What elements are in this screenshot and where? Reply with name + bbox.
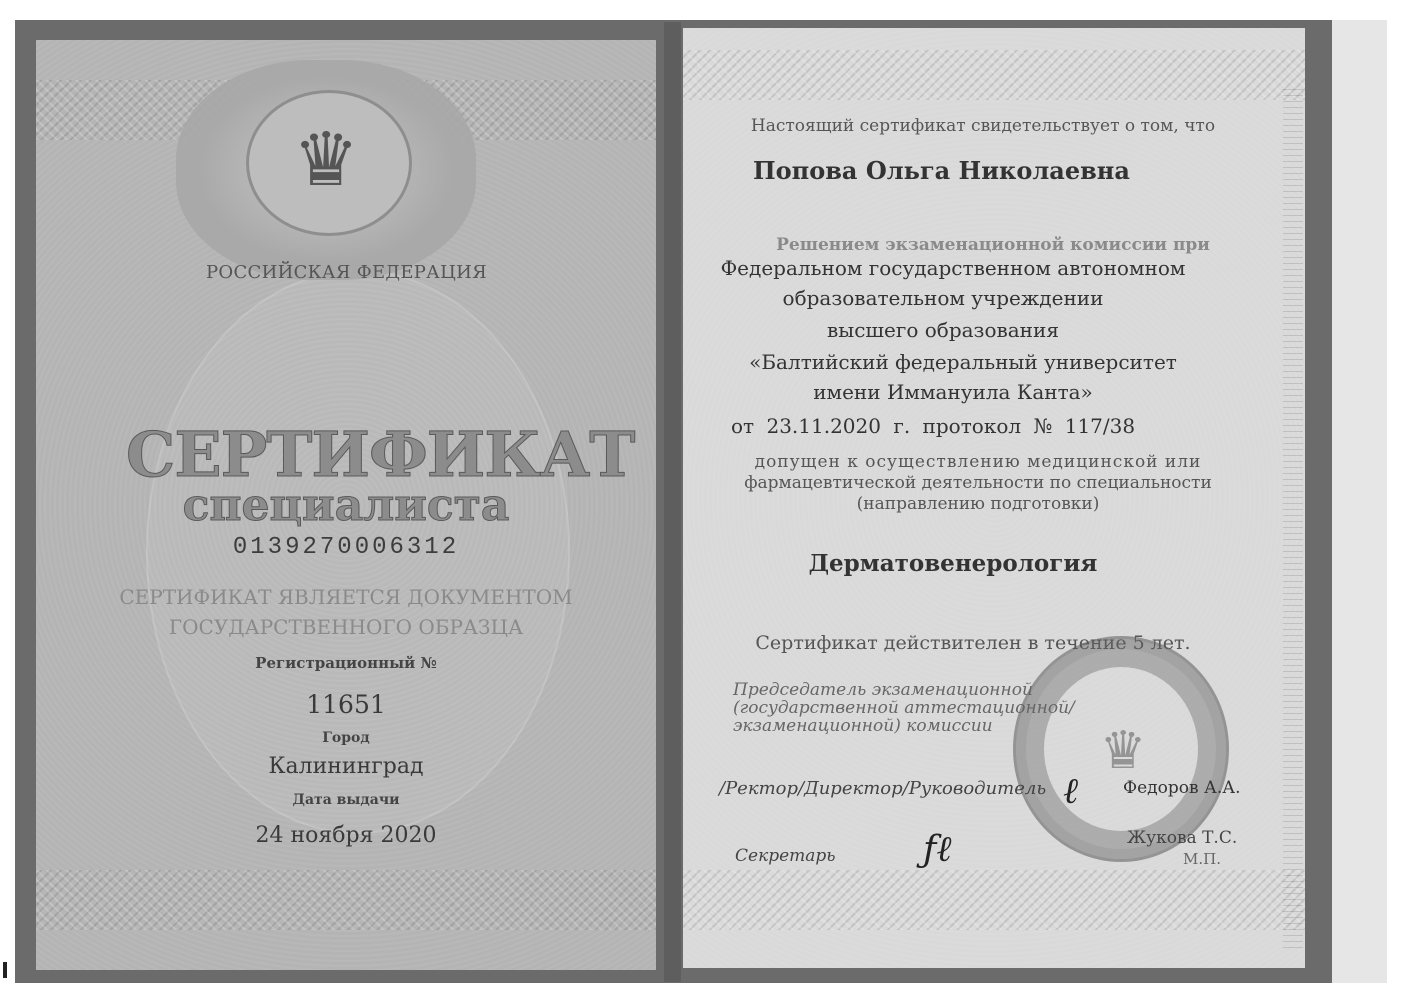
certificate-content-page: Настоящий сертификат свидетельствует о т… xyxy=(683,28,1305,968)
organization-line: «Балтийский федеральный университет xyxy=(723,350,1203,374)
admission-line: допущен к осуществлению медицинской или xyxy=(718,452,1238,472)
rector-signature-icon: ℓ xyxy=(1063,770,1078,812)
protocol-date: 23.11.2020 г. xyxy=(766,414,910,438)
chair-title-line: экзаменационной) комиссии xyxy=(733,716,993,736)
city-value: Калининград xyxy=(196,754,496,779)
secretary-signature-icon: ƒℓ xyxy=(923,828,951,870)
specialty: Дерматовенерология xyxy=(743,550,1163,577)
scan-margin xyxy=(1332,20,1387,983)
book-spine xyxy=(664,22,681,982)
protocol-label: протокол xyxy=(923,414,1022,438)
state-document-note-line1: СЕРТИФИКАТ ЯВЛЯЕТСЯ ДОКУМЕНТОМ xyxy=(96,585,596,609)
coat-of-arms-icon: ♛ xyxy=(291,100,361,220)
holder-full-name: Попова Ольга Николаевна xyxy=(753,156,1130,185)
organization-line: образовательном учреждении xyxy=(703,286,1183,310)
country-name: РОССИЙСКАЯ ФЕДЕРАЦИЯ xyxy=(206,262,486,283)
admission-line: фармацевтической деятельности по специал… xyxy=(718,473,1238,493)
protocol-number: № 117/38 xyxy=(1033,414,1135,438)
scan-mark xyxy=(3,962,7,978)
secretary-name: Жукова Т.С. xyxy=(1127,828,1237,848)
seal-coat-of-arms-icon: ♛ xyxy=(1093,716,1153,786)
seal-place-label: М.П. xyxy=(1183,850,1221,868)
microtext-border xyxy=(1283,88,1303,948)
guilloche-band-bottom xyxy=(36,870,656,930)
guilloche-band-top xyxy=(683,50,1305,100)
chair-title-line: (государственной аттестационной/ xyxy=(733,698,1075,718)
rector-label: /Ректор/Директор/Руководитель xyxy=(719,778,1046,799)
guilloche-band-bottom xyxy=(683,870,1305,930)
protocol-line: от 23.11.2020 г. протокол № 117/38 xyxy=(731,414,1135,438)
city-label: Город xyxy=(196,730,496,746)
issue-date-label: Дата выдачи xyxy=(196,792,496,808)
organization-line: имени Иммануила Канта» xyxy=(723,380,1183,404)
secretary-label: Секретарь xyxy=(735,846,836,866)
certificate-subtitle: специалиста xyxy=(126,480,566,531)
chair-title-line: Председатель экзаменационной xyxy=(733,680,1033,700)
decision-text: Решением экзаменационной комиссии при xyxy=(713,235,1273,255)
registration-label: Регистрационный № xyxy=(196,654,496,672)
organization-line: Федеральном государственном автономном xyxy=(703,256,1203,280)
registration-number: 11651 xyxy=(196,690,496,719)
protocol-from-label: от xyxy=(731,414,754,438)
intro-text: Настоящий сертификат свидетельствует о т… xyxy=(703,116,1263,136)
rector-name: Федоров А.А. xyxy=(1123,778,1241,798)
issue-date-value: 24 ноября 2020 xyxy=(196,823,496,848)
admission-line: (направлению подготовки) xyxy=(718,494,1238,514)
certificate-number: 0139270006312 xyxy=(126,534,566,561)
state-document-note-line2: ГОСУДАРСТВЕННОГО ОБРАЗЦА xyxy=(96,615,596,639)
certificate-cover-page: ♛ РОССИЙСКАЯ ФЕДЕРАЦИЯ СЕРТИФИКАТ специа… xyxy=(36,40,656,970)
organization-line: высшего образования xyxy=(703,318,1183,342)
